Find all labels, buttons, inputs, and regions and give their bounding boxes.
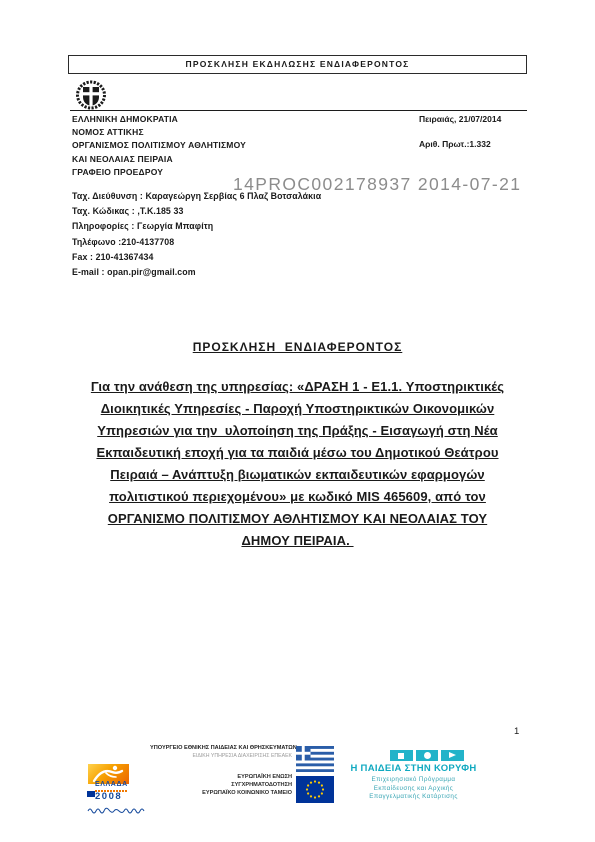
ellada-2008-brand: ΕΛΛΑΔΑ [95,781,128,788]
mini-eu-flag-icon [87,791,95,797]
eu-flag-icon [296,776,334,803]
agency-line: ΚΑΙ ΝΕΟΛΑΙΑΣ ΠΕΙΡΑΙΑ [72,153,246,166]
epeaek-icon-bar [390,750,464,761]
eu-line: ΕΥΡΩΠΑΪΚΟ ΚΟΙΝΩΝΙΚΟ ΤΑΜΕΙΟ [150,789,292,797]
agency-line: ΝΟΜΟΣ ΑΤΤΙΚΗΣ [72,126,246,139]
body-line: Πειραιά – Ανάπτυξη βιωματικών εκπαιδευτι… [68,464,527,486]
body-paragraph: Για την ανάθεση της υπηρεσίας: «ΔΡΑΣΗ 1 … [68,376,527,552]
contact-person: Πληροφορίες : Γεωργία Μπαφίτη [72,219,321,234]
agency-line: ΟΡΓΑΝΙΣΜΟΣ ΠΟΛΙΤΙΣΜΟΥ ΑΘΛΗΤΙΣΜΟΥ [72,139,246,152]
contact-block: Ταχ. Διεύθυνση : Καραγεώργη Σερβίας 6 Πλ… [72,189,321,280]
body-line: ΔΗΜΟΥ ΠΕΙΡΑΙΑ. [68,530,527,552]
body-line: Εκπαιδευτική εποχή για τα παιδιά μέσω το… [68,442,527,464]
epeaek-subtitle-line: Επιχειρησιακό Πρόγραμμα [345,776,482,785]
body-line: ΟΡΓΑΝΙΣΜΟ ΠΟΛΙΤΙΣΜΟΥ ΑΘΛΗΤΙΣΜΟΥ ΚΑΙ ΝΕΟΛ… [68,508,527,530]
ministry-block: ΥΠΟΥΡΓΕΙΟ ΕΘΝΙΚΗΣ ΠΑΙΔΕΙΑΣ ΚΑΙ ΘΡΗΣΚΕΥΜΑ… [150,745,292,760]
contact-email: E-mail : opan.pir@gmail.com [72,265,321,280]
eu-cofunding-block: ΕΥΡΩΠΑΪΚΗ ΕΝΩΣΗ ΣΥΓΧΡΗΜΑΤΟΔΟΤΗΣΗ ΕΥΡΩΠΑΪ… [150,773,292,797]
ministry-title: ΥΠΟΥΡΓΕΙΟ ΕΘΝΙΚΗΣ ΠΑΙΔΕΙΑΣ ΚΑΙ ΘΡΗΣΚΕΥΜΑ… [150,745,292,753]
document-page: ΠΡΟΣΚΛΗΣΗ ΕΚΔΗΛΩΣΗΣ ΕΝΔΙΑΦΕΡΟΝΤΟΣ ΕΛΛΗΝΙ… [0,0,595,842]
ellada-2008-slogan-script [87,802,151,820]
agency-block: ΕΛΛΗΝΙΚΗ ΔΗΜΟΚΡΑΤΙΑ ΝΟΜΟΣ ΑΤΤΙΚΗΣ ΟΡΓΑΝΙ… [72,113,246,179]
agency-line: ΕΛΛΗΝΙΚΗ ΔΗΜΟΚΡΑΤΙΑ [72,113,246,126]
body-line: Διοικητικές Υπηρεσίες - Παροχή Υποστηρικ… [68,398,527,420]
eu-line: ΕΥΡΩΠΑΪΚΗ ΕΝΩΣΗ [150,773,292,781]
epeaek-subtitle-line: Εκπαίδευσης και Αρχικής [345,785,482,794]
stop-icon [390,750,413,761]
agency-line: ΓΡΑΦΕΙΟ ΠΡΟΕΔΡΟΥ [72,166,246,179]
date-line: Πειραιάς, 21/07/2014 [419,114,501,124]
greek-emblem-icon [74,80,108,110]
ministry-subtitle: ΕΙΔΙΚΗ ΥΠΗΡΕΣΙΑ ΔΙΑΧΕΙΡΙΣΗΣ ΕΠΕΑΕΚ [150,753,292,761]
epeaek-subtitle-line: Επαγγελματικής Κατάρτισης [345,793,482,802]
ellada-2008-logo: ΕΛΛΑΔΑ 2008 [87,764,159,814]
header-divider [70,110,527,111]
body-line: Υπηρεσιών για την υλοποίηση της Πράξης -… [68,420,527,442]
record-icon [416,750,439,761]
page-number: 1 [514,726,519,737]
contact-fax: Fax : 210-41367434 [72,250,321,265]
body-line: πολιτιστικού περιεχομένου» με κωδικό MIS… [68,486,527,508]
greek-flag-icon [296,746,334,772]
ellada-2008-year: 2008 [95,791,122,802]
protocol-number: Αριθ. Πρωτ.:1.332 [419,139,491,149]
play-icon [441,750,464,761]
contact-phone: Τηλέφωνο :210-4137708 [72,235,321,250]
contact-postal-code: Ταχ. Κώδικας : ,Τ.Κ.185 33 [72,204,321,219]
eu-line: ΣΥΓΧΡΗΜΑΤΟΔΟΤΗΣΗ [150,781,292,789]
header-box-title: ΠΡΟΣΚΛΗΣΗ ΕΚΔΗΛΩΣΗΣ ΕΝΔΙΑΦΕΡΟΝΤΟΣ [68,55,527,74]
epeaek-title: Η ΠΑΙΔΕΙΑ ΣΤΗΝ ΚΟΡΥΦΗ [345,763,482,774]
contact-address: Ταχ. Διεύθυνση : Καραγεώργη Σερβίας 6 Πλ… [72,189,321,204]
section-title: ΠΡΟΣΚΛΗΣΗ ΕΝΔΙΑΦΕΡΟΝΤΟΣ [68,340,527,354]
epeaek-subtitle-block: Επιχειρησιακό Πρόγραμμα Εκπαίδευσης και … [345,776,482,802]
body-line: Για την ανάθεση της υπηρεσίας: «ΔΡΑΣΗ 1 … [68,376,527,398]
